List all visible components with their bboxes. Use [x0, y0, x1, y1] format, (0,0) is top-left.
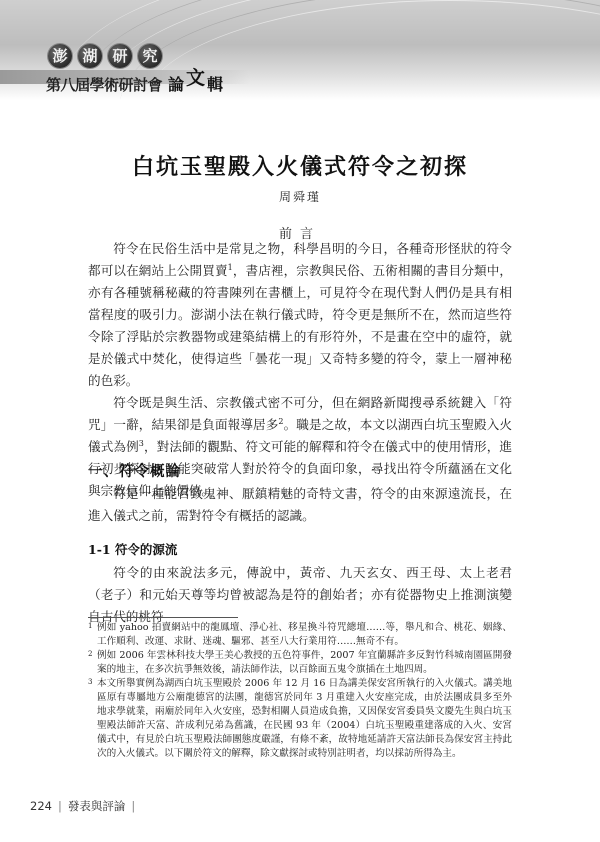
journal-logo-char: 澎	[48, 44, 72, 68]
footnote-text: 本文所舉實例為湖西白坑玉聖殿於 2006 年 12 月 16 日為講美保安宮所執…	[97, 677, 512, 761]
subsection-1-1-paragraph: 符令的由來說法多元，傳說中，黃帝、九天玄女、西王母、太上老君（老子）和元始天尊等…	[88, 562, 512, 628]
journal-header-banner: 澎 湖 研 究 第八屆學術研討會 論 文 輯	[0, 0, 600, 100]
footnote-1: 1 例如 yahoo 拍賣網站中的龍鳳壇、淨心社、移星換斗符咒總壇……等，舉凡和…	[88, 621, 512, 649]
subsection-heading-1-1: 1-1 符令的源流	[88, 540, 177, 558]
footnotes: 1 例如 yahoo 拍賣網站中的龍鳳壇、淨心社、移星換斗符咒總壇……等，舉凡和…	[88, 621, 512, 761]
footnote-number: 2	[88, 649, 97, 677]
journal-logo-char: 究	[138, 44, 162, 68]
page-footer: 224 | 發表與評論 |	[30, 798, 135, 814]
footnote-text: 例如 yahoo 拍賣網站中的龍鳳壇、淨心社、移星換斗符咒總壇……等，舉凡和合、…	[97, 621, 512, 649]
collection-char: 文	[186, 63, 205, 90]
page-number: 224	[30, 799, 52, 813]
footnote-3: 3 本文所舉實例為湖西白坑玉聖殿於 2006 年 12 月 16 日為講美保安宮…	[88, 677, 512, 761]
section-1-paragraph: 符是一種能召致鬼神、厭鎮精魅的奇特文書，符令的由來源遠流長，在進入儀式之前，需對…	[88, 483, 512, 527]
section-heading-1: 一、符令概論	[88, 460, 181, 481]
footer-separator: |	[58, 799, 62, 813]
conference-name: 第八屆學術研討會	[46, 74, 162, 95]
journal-logo: 澎 湖 研 究	[48, 44, 162, 68]
preface-paragraph-1: 符令在民俗生活中是常見之物，科學昌明的今日，各種奇形怪狀的符令都可以在網站上公開…	[88, 238, 512, 392]
journal-logo-char: 研	[108, 44, 132, 68]
section-1-body: 符是一種能召致鬼神、厭鎮精魅的奇特文書，符令的由來源遠流長，在進入儀式之前，需對…	[88, 483, 512, 527]
footnote-divider	[88, 617, 238, 618]
footnote-number: 3	[88, 677, 97, 761]
article-title: 白坑玉聖殿入火儀式符令之初探	[0, 150, 600, 181]
article-author: 周舜瑾	[0, 188, 600, 205]
paragraph-text: ，書店裡，宗教與民俗、五術相關的書目分類中，亦有各種號稱秘藏的符書陳列在書櫃上，…	[88, 263, 512, 388]
footnote-2: 2 例如 2006 年雲林科技大學王美心教授的五色符事件，2007 年宜蘭縣許多…	[88, 649, 512, 677]
subsection-1-1-body: 符令的由來說法多元，傳說中，黃帝、九天玄女、西王母、太上老君（老子）和元始天尊等…	[88, 562, 512, 628]
footer-section-label: 發表與評論	[68, 798, 126, 814]
journal-logo-char: 湖	[78, 44, 102, 68]
collection-char: 論	[168, 72, 184, 95]
collection-label: 論 文 輯	[168, 68, 223, 95]
collection-char: 輯	[207, 72, 223, 95]
footnote-text: 例如 2006 年雲林科技大學王美心教授的五色符事件，2007 年宜蘭縣許多反對…	[97, 649, 512, 677]
conference-label: 第八屆學術研討會 論 文 輯	[46, 68, 223, 95]
footnote-number: 1	[88, 621, 97, 649]
footer-separator: |	[131, 799, 135, 813]
